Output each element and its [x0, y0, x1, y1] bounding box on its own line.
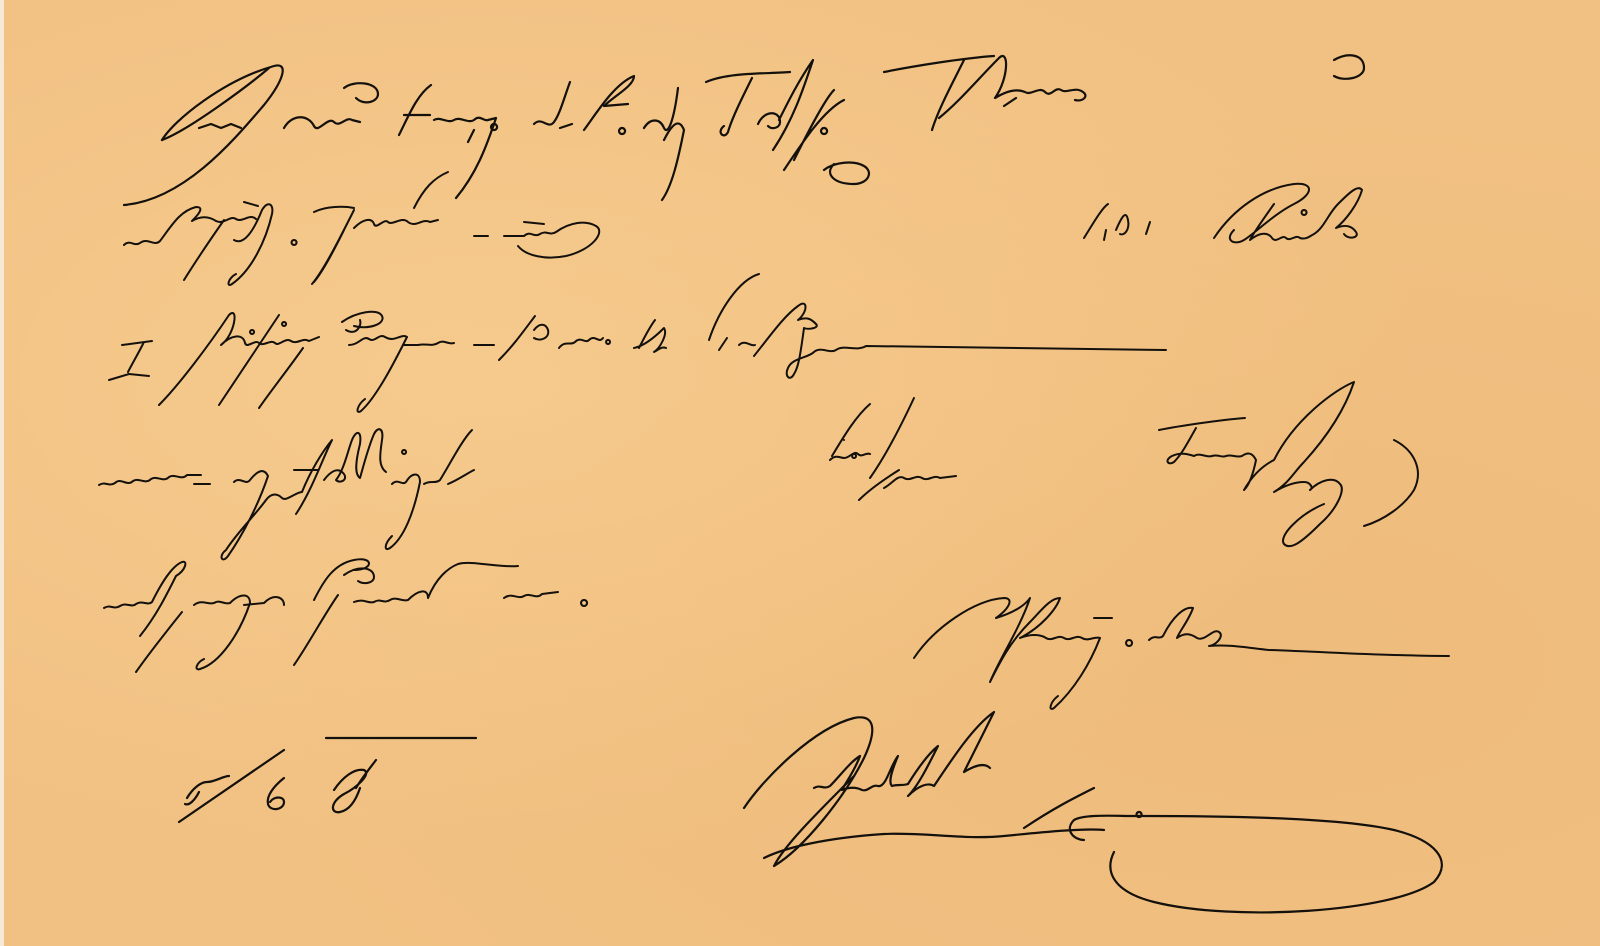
postcard: Im Auftrage des H. Jos. Kraus ersuche Ih… — [4, 0, 1600, 946]
signature-ink — [744, 712, 1442, 912]
handwriting-line-1 — [124, 55, 1364, 205]
handwriting-ink — [4, 0, 1600, 946]
handwriting-line-4 — [99, 382, 1418, 559]
closing-ink — [914, 598, 1449, 709]
handwriting-line-3 — [109, 274, 1166, 412]
handwriting-line-2 — [124, 172, 1362, 285]
handwriting-line-5 — [104, 559, 587, 672]
date-ink — [179, 738, 476, 822]
